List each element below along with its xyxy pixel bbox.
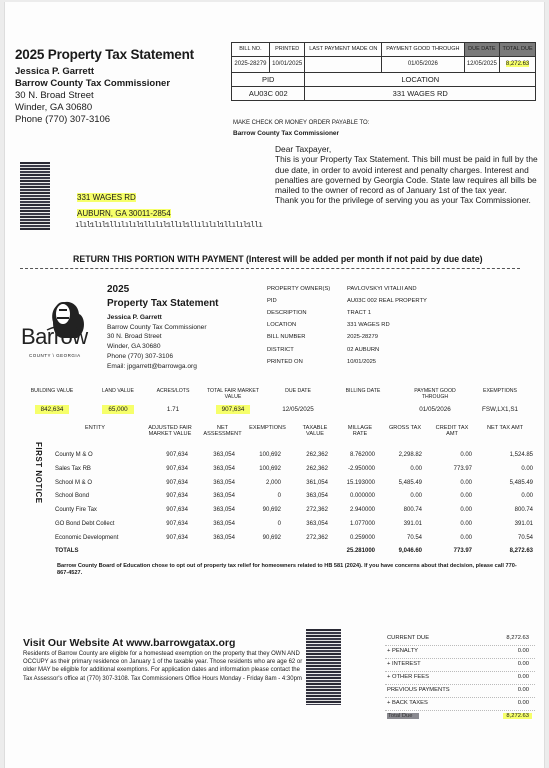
table-cell: 361,054 xyxy=(306,480,328,486)
table-cell: 907,634 xyxy=(166,466,188,472)
entity-name: GO Bond Debt Collect xyxy=(55,521,114,527)
owner-field-label: PROPERTY OWNER(S) xyxy=(267,284,347,294)
summary-value: 0.00 xyxy=(518,648,529,654)
table-cell: 363,054 xyxy=(306,493,328,499)
entity-name: School M & O xyxy=(55,480,92,486)
table-cell: 0.00 xyxy=(460,493,472,499)
summary-row: CURRENT DUE8,272.63 xyxy=(385,633,535,645)
mailing-address-line1: 331 WAGES RD xyxy=(75,192,138,203)
table-cell: 0 xyxy=(278,521,281,527)
table-cell: 25.281000 xyxy=(347,548,375,554)
summary-label: + PENALTY xyxy=(387,648,418,654)
issuer-address1: 30 N. Broad Street xyxy=(15,90,170,102)
value-cell: 1.71 xyxy=(153,406,193,413)
table-cell: 5,485.49 xyxy=(510,480,533,486)
summary-label: CURRENT DUE xyxy=(387,635,429,641)
owner-field-value: PAVLOVSKYI VITALII AND xyxy=(347,284,547,294)
table-row: County Fire Tax907,634363,05490,692272,3… xyxy=(45,504,540,517)
table-cell: 363,054 xyxy=(306,521,328,527)
summary-value: 0.00 xyxy=(518,661,529,667)
total-due-header: TOTAL DUE xyxy=(500,43,536,57)
mailing-line2-text: AUBURN, GA 30011-2854 xyxy=(77,209,171,218)
value-cell: 12/05/2025 xyxy=(273,406,323,413)
value-header: ACRES/LOTS xyxy=(153,388,193,394)
table-cell: 5,485.49 xyxy=(399,480,422,486)
value-header: LAND VALUE xyxy=(93,388,143,394)
owner-field-value: TRACT 1 xyxy=(347,308,547,318)
table-row: County M & O907,634363,054100,692262,362… xyxy=(45,449,540,462)
summary-label: + BACK TAXES xyxy=(387,700,428,706)
value-header: PAYMENT GOOD THROUGH xyxy=(405,388,465,400)
table-cell: 0.000000 xyxy=(350,493,375,499)
payment-good-value: 01/05/2026 xyxy=(382,57,464,73)
table-cell: 907,634 xyxy=(166,521,188,527)
value-text: 907,634 xyxy=(216,405,251,414)
owner-field-label: BILL NUMBER xyxy=(267,332,347,342)
table-header: TAXABLE VALUE xyxy=(295,425,335,438)
table-cell: 0.259000 xyxy=(350,535,375,541)
table-cell: 363,054 xyxy=(213,507,235,513)
value-text: FSW,LX1,S1 xyxy=(482,406,518,413)
summary-label: + INTEREST xyxy=(387,661,421,667)
owner-field-value: 02 AUBURN xyxy=(347,345,547,355)
pid-value: AU03C 002 xyxy=(232,87,305,101)
table-cell: 8,272.63 xyxy=(510,548,533,554)
value-cell: 907,634 xyxy=(203,406,263,413)
value-cell: 01/05/2026 xyxy=(405,406,465,413)
owner-field-value: AU03C 002 REAL PROPERTY xyxy=(347,296,547,306)
entity-name: County M & O xyxy=(55,452,93,458)
first-notice-label: FIRST NOTICE xyxy=(34,442,43,504)
table-cell: 363,054 xyxy=(213,452,235,458)
statement-title: 2025 Property Tax Statement xyxy=(15,47,194,62)
due-date-header: DUE DATE xyxy=(464,43,500,57)
entity-name: School Bond xyxy=(55,493,89,499)
value-header: DUE DATE xyxy=(273,388,323,394)
value-cell: 842,634 xyxy=(27,406,77,413)
homestead-info: Residents of Barrow County are eligible … xyxy=(23,650,305,683)
summary-value: 0.00 xyxy=(518,674,529,680)
logo-wordmark: Barrow xyxy=(21,324,88,350)
owner-field-value: 331 WAGES RD xyxy=(347,320,547,330)
stub-phone: Phone (770) 307-3106 xyxy=(107,352,207,362)
table-cell: 0.00 xyxy=(521,493,533,499)
table-cell: 1.077000 xyxy=(350,521,375,527)
logo-subtext: COUNTY \ GEORGIA xyxy=(29,353,81,358)
summary-row: + INTEREST0.00 xyxy=(385,659,535,671)
table-cell: 391.01 xyxy=(404,521,422,527)
stub-address2: Winder, GA 30680 xyxy=(107,342,207,352)
owner-field-label: PID xyxy=(267,296,347,306)
table-cell: 0.00 xyxy=(460,535,472,541)
table-cell: 363,054 xyxy=(213,480,235,486)
letter-greeting: Dear Taxpayer, xyxy=(275,144,545,154)
tear-line xyxy=(20,268,520,269)
table-header: NET ASSESSMENT xyxy=(200,425,245,438)
total-due-value: 8,272.63 xyxy=(500,57,536,73)
summary-label: PREVIOUS PAYMENTS xyxy=(387,687,450,693)
summary-row: PREVIOUS PAYMENTS0.00 xyxy=(385,685,535,697)
table-cell: 70.54 xyxy=(518,535,533,541)
value-cell: FSW,LX1,S1 xyxy=(475,406,525,413)
table-row: Sales Tax RB907,634363,054100,692262,362… xyxy=(45,463,540,476)
table-cell: 363,054 xyxy=(213,493,235,499)
bill-no-value: 2025-28279 xyxy=(232,57,270,73)
value-header: EXEMPTIONS xyxy=(475,388,525,394)
table-cell: 907,634 xyxy=(166,493,188,499)
summary-row: + BACK TAXES0.00 xyxy=(385,698,535,710)
payment-barcode-icon xyxy=(306,629,341,705)
table-cell: 363,054 xyxy=(213,466,235,472)
letter-body: This is your Property Tax Statement. Thi… xyxy=(275,154,545,195)
table-header: ENTITY xyxy=(60,425,130,431)
owner-field-label: DESCRIPTION xyxy=(267,308,347,318)
table-row: School Bond907,634363,0540363,0540.00000… xyxy=(45,490,540,503)
table-row: Economic Development907,634363,05490,692… xyxy=(45,532,540,545)
summary-label: Total Due xyxy=(387,713,419,719)
stub-issuer-name: Jessica P. Garrett xyxy=(107,313,207,323)
bill-no-header: BILL NO. xyxy=(232,43,270,57)
postal-barcode: ılıŀılıŀıllılılıŀıllılıŀıllıŀıllılılıŀıl… xyxy=(75,220,262,229)
table-cell: 90,692 xyxy=(263,507,281,513)
value-text: 65,000 xyxy=(102,405,133,414)
summary-label: + OTHER FEES xyxy=(387,674,429,680)
barcode-icon xyxy=(20,162,50,230)
entity-name: TOTALS xyxy=(55,548,78,554)
stub-address1: 30 N. Broad Street xyxy=(107,332,207,342)
entity-name: County Fire Tax xyxy=(55,507,97,513)
table-header: CREDIT TAX AMT xyxy=(432,425,472,438)
table-cell: 0.00 xyxy=(410,466,422,472)
value-text: 842,634 xyxy=(35,405,70,414)
last-payment-value xyxy=(305,57,382,73)
letter-closing: Thank you for the privilege of serving y… xyxy=(275,195,545,205)
table-cell: 2,298.82 xyxy=(399,452,422,458)
issuer-phone: Phone (770) 307-3106 xyxy=(15,114,170,126)
value-header: TOTAL FAIR MARKET VALUE xyxy=(203,388,263,400)
table-cell: 800.74 xyxy=(515,507,533,513)
stub-email: Email: jpgarrett@barrowga.org xyxy=(107,362,207,372)
table-cell: 0.00 xyxy=(521,466,533,472)
value-text: 12/05/2025 xyxy=(282,406,314,413)
table-header: NET TAX AMT xyxy=(475,425,535,431)
bill-summary-table: BILL NO. PRINTED LAST PAYMENT MADE ON PA… xyxy=(231,42,536,101)
table-cell: 0.00 xyxy=(460,480,472,486)
owner-field-label: PRINTED ON xyxy=(267,357,347,367)
stub-year: 2025 xyxy=(107,284,129,295)
table-cell: 1,524.85 xyxy=(510,452,533,458)
entity-name: Economic Development xyxy=(55,535,118,541)
table-cell: 90,692 xyxy=(263,535,281,541)
summary-row: + OTHER FEES0.00 xyxy=(385,672,535,684)
table-cell: 773.97 xyxy=(454,466,472,472)
hb581-note: Barrow County Board of Education chose t… xyxy=(57,563,527,577)
table-cell: 0.00 xyxy=(460,507,472,513)
owner-field-label: DISTRICT xyxy=(267,345,347,355)
table-cell: 8.762000 xyxy=(350,452,375,458)
table-cell: -2.950000 xyxy=(348,466,375,472)
table-cell: 907,634 xyxy=(166,452,188,458)
table-cell: 9,046.60 xyxy=(399,548,422,554)
value-header: BUILDING VALUE xyxy=(27,388,77,394)
issuer-block: Jessica P. Garrett Barrow County Tax Com… xyxy=(15,66,170,126)
amount-due-summary: CURRENT DUE8,272.63+ PENALTY0.00+ INTERE… xyxy=(385,633,535,723)
totals-row: TOTALS25.2810009,046.60773.978,272.63 xyxy=(45,545,540,558)
table-cell: 800.74 xyxy=(404,507,422,513)
total-due-amount: 8,272.63 xyxy=(506,61,529,67)
summary-row: + PENALTY0.00 xyxy=(385,646,535,658)
table-cell: 272,362 xyxy=(306,535,328,541)
due-date-value: 12/05/2025 xyxy=(464,57,500,73)
table-cell: 272,362 xyxy=(306,507,328,513)
value-text: 01/05/2026 xyxy=(419,406,451,413)
table-cell: 773.97 xyxy=(454,548,472,554)
table-cell: 100,692 xyxy=(259,452,281,458)
table-header: MILLAGE RATE xyxy=(340,425,380,438)
last-payment-header: LAST PAYMENT MADE ON xyxy=(305,43,382,57)
tax-statement-page: 2025 Property Tax Statement Jessica P. G… xyxy=(4,2,545,768)
table-cell: 262,362 xyxy=(306,452,328,458)
issuer-address2: Winder, GA 30680 xyxy=(15,102,170,114)
table-cell: 262,362 xyxy=(306,466,328,472)
mailing-address-line2: AUBURN, GA 30011-2854 xyxy=(75,208,173,219)
table-cell: 100,692 xyxy=(259,466,281,472)
table-cell: 0.00 xyxy=(460,521,472,527)
table-cell: 0 xyxy=(278,493,281,499)
return-notice: RETURN THIS PORTION WITH PAYMENT (Intere… xyxy=(73,254,483,264)
table-cell: 907,634 xyxy=(166,507,188,513)
stub-title: Property Tax Statement xyxy=(107,298,219,309)
table-cell: 0.00 xyxy=(460,452,472,458)
website-heading: Visit Our Website At www.barrowgatax.org xyxy=(23,637,235,649)
table-cell: 363,054 xyxy=(213,521,235,527)
table-cell: 363,054 xyxy=(213,535,235,541)
owner-field-value: 10/01/2025 xyxy=(347,357,547,367)
table-cell: 2,000 xyxy=(266,480,281,486)
stub-issuer-office: Barrow County Tax Commissioner xyxy=(107,323,207,333)
payable-name: Barrow County Tax Commissioner xyxy=(233,130,339,137)
value-text: 1.71 xyxy=(167,406,179,413)
printed-header: PRINTED xyxy=(269,43,305,57)
owner-field-label: LOCATION xyxy=(267,320,347,330)
owner-field-value: 2025-28279 xyxy=(347,332,547,342)
summary-value: 8,272.63 xyxy=(503,713,532,719)
table-header: EXEMPTIONS xyxy=(245,425,290,431)
value-header: BILLING DATE xyxy=(343,388,383,394)
printed-value: 10/01/2025 xyxy=(269,57,305,73)
location-value: 331 WAGES RD xyxy=(305,87,536,101)
summary-total-due: Total Due8,272.63 xyxy=(385,711,535,723)
payment-good-header: PAYMENT GOOD THROUGH xyxy=(382,43,464,57)
entity-name: Sales Tax RB xyxy=(55,466,91,472)
table-header: GROSS TAX xyxy=(385,425,425,431)
table-cell: 391.01 xyxy=(515,521,533,527)
summary-value: 8,272.63 xyxy=(506,635,529,641)
location-header: LOCATION xyxy=(305,73,536,87)
mailing-line1-text: 331 WAGES RD xyxy=(77,193,136,202)
table-cell: 70.54 xyxy=(407,535,422,541)
summary-value: 0.00 xyxy=(518,700,529,706)
table-cell: 15.193000 xyxy=(347,480,375,486)
summary-value: 0.00 xyxy=(518,687,529,693)
pid-header: PID xyxy=(232,73,305,87)
payable-label: MAKE CHECK OR MONEY ORDER PAYABLE TO: xyxy=(233,120,369,126)
issuer-name: Jessica P. Garrett xyxy=(15,66,170,78)
table-cell: 0.00 xyxy=(410,493,422,499)
taxpayer-letter: Dear Taxpayer, This is your Property Tax… xyxy=(275,144,545,206)
table-cell: 907,634 xyxy=(166,480,188,486)
table-row: School M & O907,634363,0542,000361,05415… xyxy=(45,477,540,490)
stub-issuer-block: Jessica P. Garrett Barrow County Tax Com… xyxy=(107,313,207,371)
table-cell: 2.940000 xyxy=(350,507,375,513)
value-cell: 65,000 xyxy=(93,406,143,413)
table-header: ADJUSTED FAIR MARKET VALUE xyxy=(145,425,195,438)
table-cell: 907,634 xyxy=(166,535,188,541)
table-row: GO Bond Debt Collect907,634363,0540363,0… xyxy=(45,518,540,531)
issuer-office: Barrow County Tax Commissioner xyxy=(15,78,170,90)
